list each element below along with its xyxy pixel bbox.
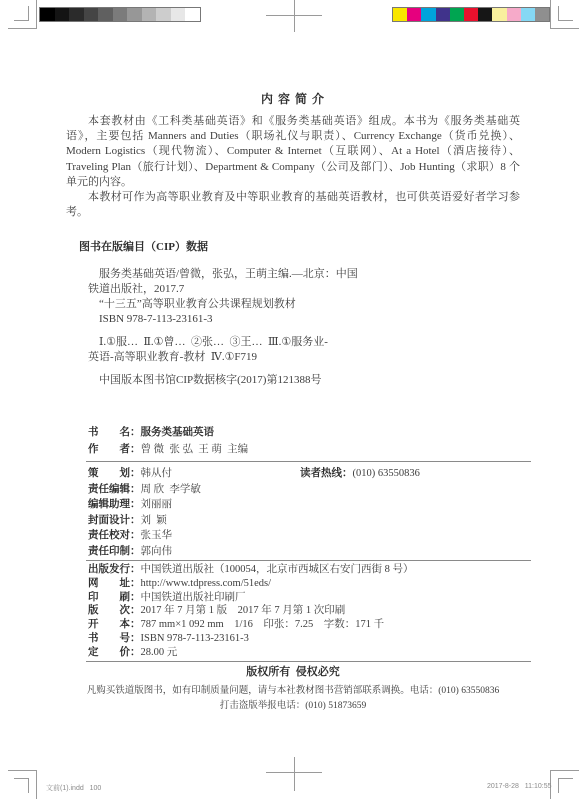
cover-designer-row: 封面设计：刘 颖: [88, 513, 526, 529]
cip-classification-line: 英语-高等职业教育-教材 Ⅳ.①F719: [88, 350, 509, 365]
row-label: 印刷: [88, 591, 130, 605]
publisher-row: 出版发行：中国铁道出版社（100054，北京市西城区右安门西街 8 号）: [88, 563, 526, 577]
cip-heading: 图书在版编目（CIP）数据: [79, 240, 509, 255]
divider: [86, 560, 531, 561]
print-supervisor-row: 责任印制：郭向伟: [88, 544, 526, 560]
cip-line: 铁道出版社，2017.7: [88, 282, 509, 297]
row-colon: ：: [130, 647, 141, 658]
price-value: 28.00 元: [141, 647, 178, 658]
row-colon: ：: [130, 515, 141, 526]
row-colon: ：: [130, 578, 141, 589]
copyright-section: 版权所有 侵权必究 凡购买铁道版图书，如有印制质量问题，请与本社教材图书营销部联…: [66, 663, 520, 713]
edition-value: 2017 年 7 月第 1 版 2017 年 7 月第 1 次印刷: [141, 605, 346, 616]
divider: [86, 661, 531, 662]
price-row: 定价：28.00 元: [88, 646, 526, 660]
cip-line: 服务类基础英语/曾微，张弘，王萌主编.—北京：中国: [88, 267, 509, 282]
content-summary-paragraph-2: 本教材可作为高等职业教育及中等职业教育的基础英语教材，也可供英语爱好者学习参考。: [66, 190, 520, 220]
footer-timestamp: 2017-8-28 11:10:55: [487, 783, 551, 790]
row-label: 责任编辑: [88, 482, 130, 498]
row-colon: ：: [130, 564, 141, 575]
editor-value: 周 欣 李学敏: [141, 484, 201, 495]
planner-row: 策划：韩从付 读者热线：(010) 63550836: [88, 466, 526, 482]
row-label: 责任印制: [88, 544, 130, 560]
calibration-swatch: [535, 8, 549, 21]
crop-mark-top-left-inner: [14, 6, 29, 21]
row-colon: ：: [130, 499, 141, 510]
cip-classification-line: Ⅰ.①服… Ⅱ.①曾… ②张… ③王… Ⅲ.①服务业-: [88, 335, 509, 350]
assistant-editor-value: 刘丽丽: [141, 499, 173, 510]
row-label: 责任校对: [88, 528, 130, 544]
crop-mark-bottom-right-inner: [558, 778, 573, 793]
book-info-section: 书名：服务类基础英语 作者：曾 微 张 弘 王 萌 主编: [88, 424, 248, 458]
row-colon: ：: [130, 633, 141, 644]
row-label: 书号: [88, 632, 130, 646]
row-label: 开本: [88, 618, 130, 632]
row-label: 编辑助理: [88, 497, 130, 513]
piracy-hotline-line: 打击盗版举报电话：(010) 51873659: [66, 699, 520, 714]
row-colon: ：: [130, 546, 141, 557]
row-colon: ：: [130, 468, 141, 479]
book-authors-row: 作者：曾 微 张 弘 王 萌 主编: [88, 441, 248, 458]
row-colon: ：: [130, 530, 141, 541]
cover-designer-value: 刘 颖: [141, 515, 167, 526]
proofreader-value: 张玉华: [141, 530, 173, 541]
edition-row: 版次：2017 年 7 月第 1 版 2017 年 7 月第 1 次印刷: [88, 604, 526, 618]
content-summary-section: 内 容 简 介 本套教材由《工科类基础英语》和《服务类基础英语》组成。本书为《服…: [66, 90, 520, 220]
row-colon: ：: [130, 592, 141, 603]
assistant-editor-row: 编辑助理：刘丽丽: [88, 497, 526, 513]
book-title-row: 书名：服务类基础英语: [88, 424, 248, 441]
publishing-section: 出版发行：中国铁道出版社（100054，北京市西城区右安门西街 8 号） 网址：…: [88, 563, 526, 660]
staff-section: 策划：韩从付 读者热线：(010) 63550836 责任编辑：周 欣 李学敏 …: [88, 466, 526, 559]
row-label: 作者: [88, 441, 130, 458]
book-title-value: 服务类基础英语: [141, 427, 215, 438]
row-label: 书名: [88, 424, 130, 441]
row-colon: ：: [130, 444, 141, 455]
editor-row: 责任编辑：周 欣 李学敏: [88, 482, 526, 498]
format-row: 开本：787 mm×1 092 mm 1/16 印张：7.25 字数：171 千: [88, 618, 526, 632]
printer-value: 中国铁道出版社印刷厂: [141, 592, 246, 603]
website-url: http://www.tdpress.com/51eds/: [141, 578, 272, 589]
row-colon: ：: [130, 619, 141, 630]
printer-row: 印刷：中国铁道出版社印刷厂: [88, 591, 526, 605]
page-content: 内 容 简 介 本套教材由《工科类基础英语》和《服务类基础英语》组成。本书为《服…: [66, 0, 526, 799]
hotline-label: 读者热线：: [300, 468, 353, 479]
hotline-number: (010) 63550836: [353, 468, 420, 479]
row-label: 网址: [88, 577, 130, 591]
content-summary-paragraph-1: 本套教材由《工科类基础英语》和《服务类基础英语》组成。本书为《服务类基础英语》，…: [66, 114, 520, 190]
isbn-value: ISBN 978-7-113-23161-3: [141, 633, 249, 644]
row-label: 定价: [88, 646, 130, 660]
reader-hotline: 读者热线：(010) 63550836: [300, 466, 420, 482]
divider: [86, 461, 531, 462]
proofreader-row: 责任校对：张玉华: [88, 528, 526, 544]
row-colon: ：: [130, 605, 141, 616]
row-label: 策划: [88, 466, 130, 482]
row-colon: ：: [130, 427, 141, 438]
row-colon: ：: [130, 484, 141, 495]
cip-line: ISBN 978-7-113-23161-3: [88, 312, 509, 327]
planner-value: 韩从付: [141, 468, 173, 479]
book-authors-value: 曾 微 张 弘 王 萌 主编: [141, 444, 249, 455]
cip-body: 服务类基础英语/曾微，张弘，王萌主编.—北京：中国 铁道出版社，2017.7 “…: [88, 267, 509, 388]
crop-mark-top-right-inner: [558, 6, 573, 21]
row-label: 出版发行: [88, 563, 130, 577]
print-supervisor-value: 郭向伟: [141, 546, 173, 557]
copyright-notice-line: 凡购买铁道版图书，如有印制质量问题，请与本社教材图书营销部联系调换。电话：(01…: [66, 684, 520, 699]
cip-line: “十三五”高等职业教育公共课程规划教材: [88, 297, 509, 312]
row-label: 封面设计: [88, 513, 130, 529]
crop-mark-bottom-left-inner: [14, 778, 29, 793]
calibration-swatch: [40, 8, 55, 21]
footer-filename: 文前(1).indd 100: [46, 783, 101, 793]
row-label: 版次: [88, 604, 130, 618]
website-row: 网址：http://www.tdpress.com/51eds/: [88, 577, 526, 591]
publisher-value: 中国铁道出版社（100054，北京市西城区右安门西街 8 号）: [141, 564, 414, 575]
copyright-heading: 版权所有 侵权必究: [66, 663, 520, 679]
content-summary-title: 内 容 简 介: [66, 90, 520, 107]
format-value: 787 mm×1 092 mm 1/16 印张：7.25 字数：171 千: [141, 619, 385, 630]
cip-record-number: 中国版本图书馆CIP数据核字(2017)第121388号: [88, 373, 509, 388]
isbn-row: 书号：ISBN 978-7-113-23161-3: [88, 632, 526, 646]
cip-section: 图书在版编目（CIP）数据 服务类基础英语/曾微，张弘，王萌主编.—北京：中国 …: [79, 240, 509, 388]
